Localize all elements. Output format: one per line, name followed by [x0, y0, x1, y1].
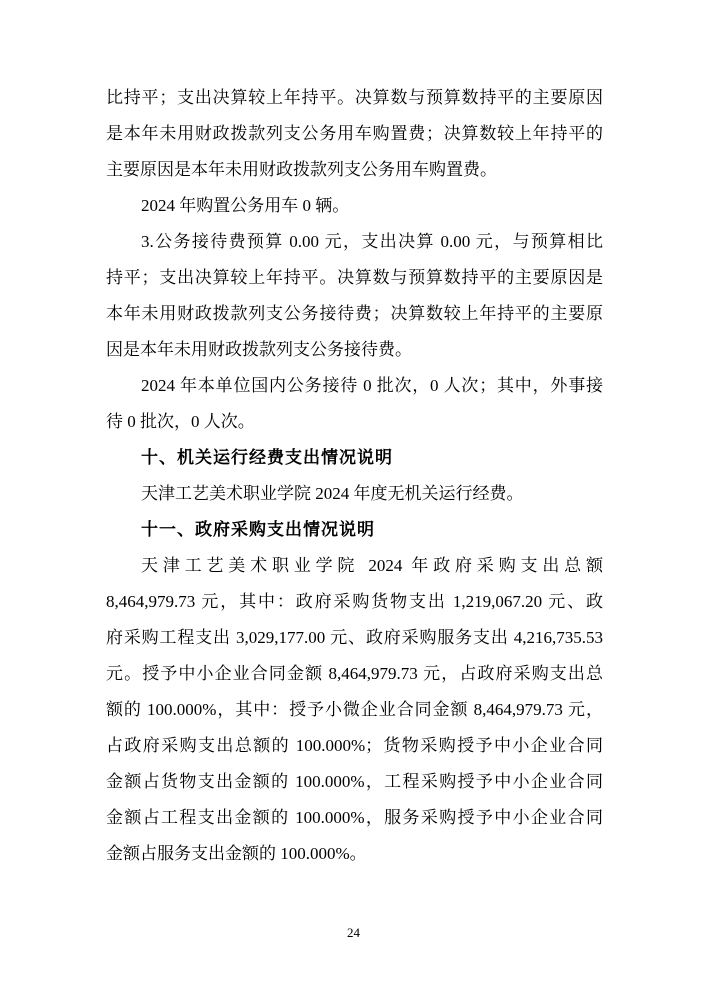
text-line: 2024 年购置公务用车 0 辆。 [106, 188, 603, 224]
text-line: 因是本年未用财政拨款列支公务接待费。 [106, 332, 603, 368]
page-number: 24 [0, 925, 707, 941]
text-line: 是本年未用财政拨款列支公务用车购置费；决算数较上年持平的 [106, 116, 603, 152]
paragraph: 比持平；支出决算较上年持平。决算数与预算数持平的主要原因 是本年未用财政拨款列支… [106, 80, 603, 188]
text-line: 本年未用财政拨款列支公务接待费；决算数较上年持平的主要原 [106, 296, 603, 332]
text-line: 主要原因是本年未用财政拨款列支公务用车购置费。 [106, 152, 603, 188]
text-line: 2024 年本单位国内公务接待 0 批次，0 人次；其中，外事接 [106, 368, 603, 404]
section-heading: 十一、政府采购支出情况说明 [106, 512, 603, 548]
paragraph: 2024 年购置公务用车 0 辆。 [106, 188, 603, 224]
text-line: 金额占服务支出金额的 100.000%。 [106, 836, 603, 872]
heading-line: 十一、政府采购支出情况说明 [106, 512, 603, 548]
text-line: 待 0 批次，0 人次。 [106, 404, 603, 440]
paragraph: 天津工艺美术职业学院 2024 年度无机关运行经费。 [106, 476, 603, 512]
text-line: 金额占工程支出金额的 100.000%，服务采购授予中小企业合同 [106, 800, 603, 836]
text-line: 持平；支出决算较上年持平。决算数与预算数持平的主要原因是 [106, 260, 603, 296]
text-line: 天津工艺美术职业学院 2024 年度无机关运行经费。 [106, 476, 603, 512]
heading-line: 十、机关运行经费支出情况说明 [106, 440, 603, 476]
page-content: 比持平；支出决算较上年持平。决算数与预算数持平的主要原因 是本年未用财政拨款列支… [106, 80, 603, 872]
paragraph: 3.公务接待费预算 0.00 元，支出决算 0.00 元，与预算相比 持平；支出… [106, 224, 603, 368]
paragraph: 2024 年本单位国内公务接待 0 批次，0 人次；其中，外事接 待 0 批次，… [106, 368, 603, 440]
text-line: 占政府采购支出总额的 100.000%；货物采购授予中小企业合同 [106, 728, 603, 764]
paragraph: 天津工艺美术职业学院 2024 年政府采购支出总额 8,464,979.73 元… [106, 548, 603, 872]
text-line: 额的 100.000%，其中：授予小微企业合同金额 8,464,979.73 元… [106, 692, 603, 728]
text-line: 8,464,979.73 元，其中：政府采购货物支出 1,219,067.20 … [106, 584, 603, 620]
section-heading: 十、机关运行经费支出情况说明 [106, 440, 603, 476]
text-line: 天津工艺美术职业学院 2024 年政府采购支出总额 [106, 548, 603, 584]
text-line: 元。授予中小企业合同金额 8,464,979.73 元，占政府采购支出总 [106, 656, 603, 692]
text-line: 金额占货物支出金额的 100.000%，工程采购授予中小企业合同 [106, 764, 603, 800]
document-page: 比持平；支出决算较上年持平。决算数与预算数持平的主要原因 是本年未用财政拨款列支… [0, 0, 707, 1000]
text-line: 府采购工程支出 3,029,177.00 元、政府采购服务支出 4,216,73… [106, 620, 603, 656]
text-line: 3.公务接待费预算 0.00 元，支出决算 0.00 元，与预算相比 [106, 224, 603, 260]
text-line: 比持平；支出决算较上年持平。决算数与预算数持平的主要原因 [106, 80, 603, 116]
